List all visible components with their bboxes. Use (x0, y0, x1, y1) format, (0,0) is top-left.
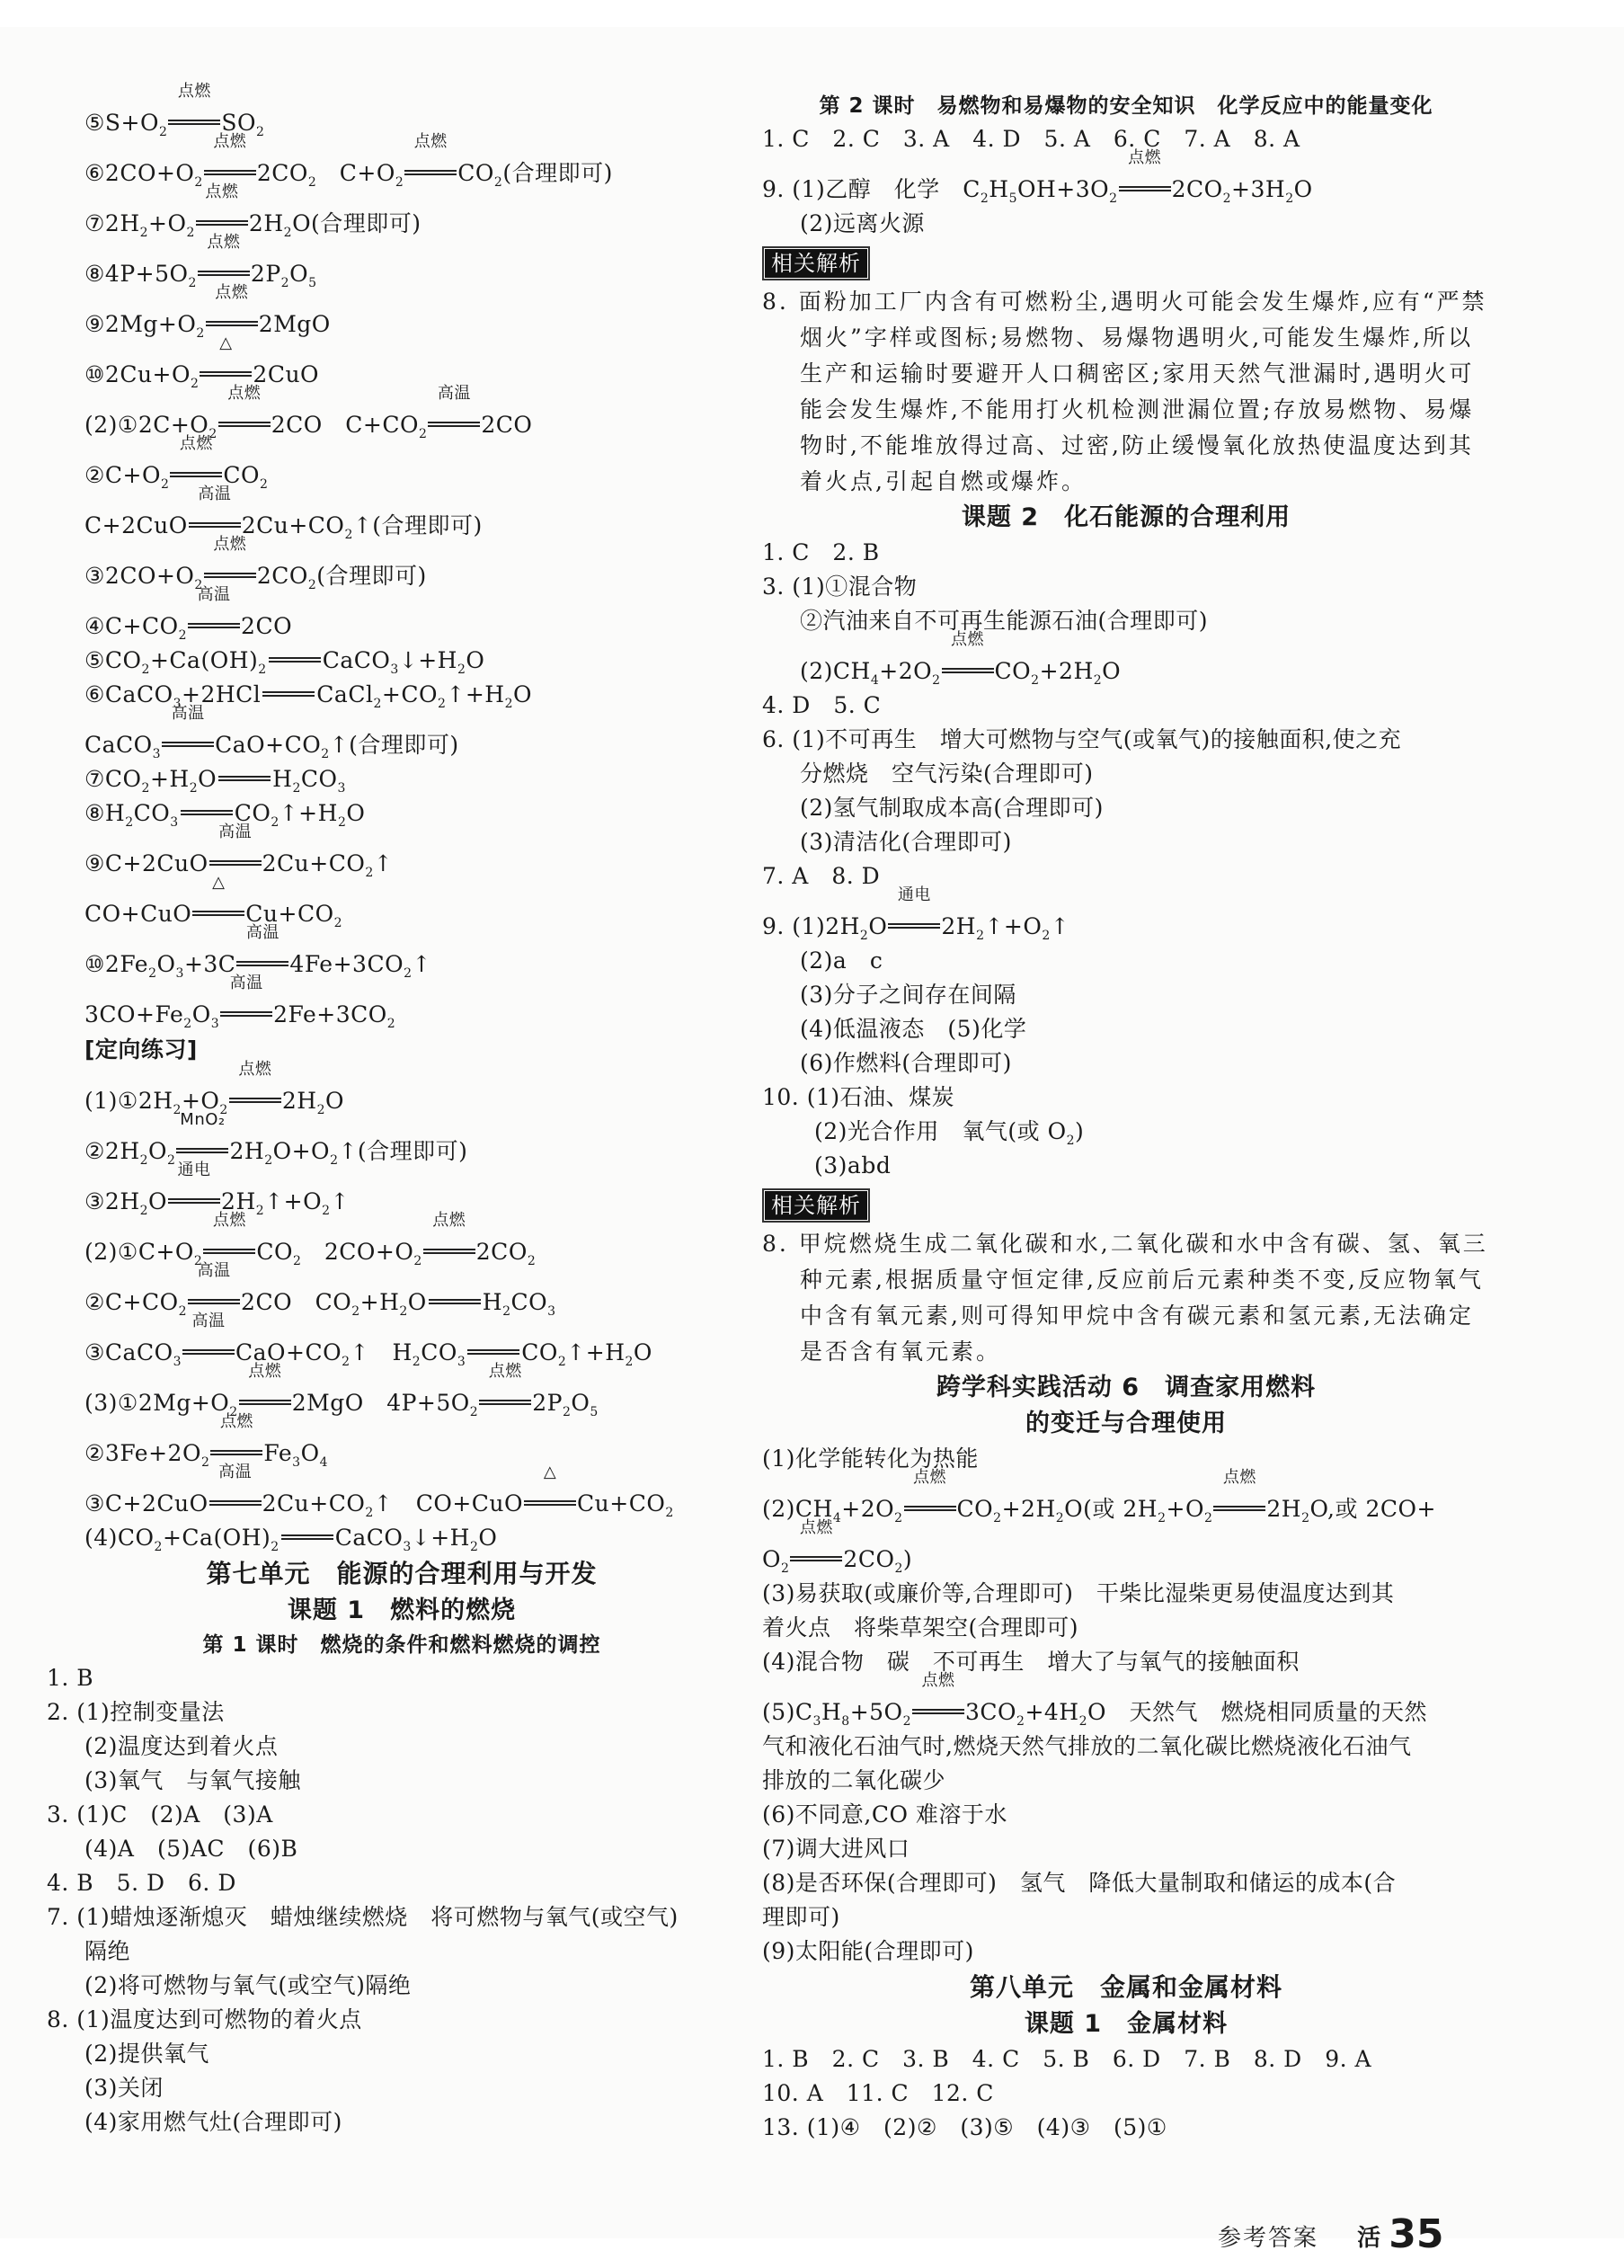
double-line-equals (181, 810, 233, 815)
formula-text: 2MgO 4P+5O (292, 1390, 470, 1416)
formula-text: 2CO CO (241, 1289, 351, 1315)
reaction-condition-label: 点燃 (423, 1212, 475, 1230)
formula-text: O (346, 800, 365, 826)
subscript: 2 (148, 966, 156, 981)
formula-text: (4)CO (84, 1525, 155, 1551)
reaction-condition-label: 点燃 (239, 1363, 291, 1381)
answer-line: (2)氢气制取成本高(合理即可) (762, 791, 1490, 825)
subscript: 2 (528, 1254, 536, 1268)
formula-text: ↑+H (446, 681, 504, 707)
double-line-equals (204, 573, 256, 578)
double-line-equals (467, 1349, 519, 1355)
formula-text: 2CO (257, 160, 308, 186)
subscript: 4 (871, 673, 879, 688)
subscript: 2 (781, 1561, 789, 1576)
formula-text: 9. (1)2H (762, 913, 860, 939)
formula-text: +3H (1231, 176, 1285, 202)
subscript: 2 (351, 1304, 359, 1319)
chemical-equation: 9. (1)乙醇 化学 C2H5OH+3O2点燃2CO2+3H2O (762, 173, 1490, 207)
chemical-equation: ③CaCO3高温CaO+CO2↑ H2CO3CO2↑+H2O (47, 1336, 757, 1370)
subscript: 2 (1067, 1134, 1075, 1148)
formula-text: O (513, 681, 532, 707)
equation-line: (2)光合作用 氧气(或 O2) (762, 1115, 1490, 1149)
formula-text: O (408, 1289, 427, 1315)
answer-line: 7. A 8. D (762, 859, 1490, 894)
subscript: 3 (170, 815, 178, 830)
formula-text: CO (957, 1496, 994, 1522)
formula-text: C+O (316, 160, 395, 186)
subscript: 2 (281, 276, 289, 290)
answer-line: (4)家用燃气灶(合理即可) (47, 2105, 757, 2139)
formula-text: O(或 2H (1064, 1496, 1158, 1522)
formula-text: O (148, 1138, 167, 1164)
subscript: 2 (502, 1304, 510, 1319)
subscript: 2 (256, 125, 264, 139)
subscript: 2 (395, 175, 404, 190)
double-line-equals (162, 742, 214, 747)
reaction-condition-equals: 点燃 (479, 1386, 531, 1420)
answer-line: 分燃烧 空气污染(合理即可) (762, 757, 1490, 791)
chemical-equation: ②C+O2点燃CO2 (47, 458, 757, 493)
formula-text: 3CO (965, 1699, 1016, 1725)
double-line-equals (888, 923, 940, 929)
formula-text: O (289, 261, 308, 287)
reaction-condition-equals: 点燃 (1213, 1492, 1265, 1526)
formula-text: 2CO (481, 412, 532, 438)
analysis-badge: 相关解析 (762, 1188, 870, 1223)
chemical-equation: (2)CH4+2O2点燃CO2+2H2O(或 2H2+O2点燃2H2O,或 2C… (762, 1492, 1490, 1526)
formula-text: ↓+H (412, 1525, 470, 1551)
formula-text: 3CO+Fe (84, 1001, 183, 1027)
formula-text: ③CaCO (84, 1339, 173, 1365)
subscript: 2 (981, 191, 989, 206)
answer-line: (2)将可燃物与氧气(或空气)隔绝 (47, 1969, 757, 2003)
subscript: 2 (321, 747, 329, 761)
subscript: 2 (457, 663, 466, 677)
formula-text: 2Cu+CO (262, 1490, 366, 1516)
subscript: 2 (1056, 1511, 1064, 1525)
reaction-condition-label: 点燃 (218, 385, 271, 403)
subscript: 2 (373, 697, 381, 711)
chemical-equation: ⑨C+2CuO高温2Cu+CO2↑ (47, 847, 757, 881)
double-line-equals (209, 1500, 262, 1506)
double-line-equals (196, 220, 248, 226)
subscript: 2 (563, 1405, 571, 1419)
formula-text: 2CuO (253, 361, 319, 387)
subscript: 2 (1031, 673, 1039, 688)
formula-text: O (1102, 658, 1121, 684)
subscript: 2 (413, 1355, 421, 1369)
chemical-equation: ⑦2H2+O2点燃2H2O(合理即可) (47, 207, 757, 241)
subscript: 2 (183, 1017, 191, 1031)
subscript: 2 (322, 1204, 330, 1218)
formula-text: O (198, 766, 217, 792)
reaction-condition-equals: 点燃 (404, 156, 457, 191)
double-line-equals (229, 1098, 281, 1103)
formula-text: CO (134, 800, 171, 826)
reaction-condition-label: 点燃 (210, 1413, 262, 1431)
reaction-condition-label: 点燃 (204, 536, 256, 554)
formula-text: O (571, 1390, 590, 1416)
subscript: 3 (403, 1540, 411, 1554)
formula-text: (2)①C+O (84, 1239, 194, 1265)
subscript: 3 (173, 1355, 182, 1369)
formula-text: ↑ (331, 1188, 350, 1214)
double-line-equals (428, 422, 480, 427)
chemical-equation: ③2CO+O2点燃2CO2(合理即可) (47, 559, 757, 593)
formula-text: ⑦CO (84, 766, 142, 792)
reaction-condition-label: 高温 (428, 385, 480, 403)
double-line-equals (176, 1148, 228, 1153)
subscript: 3 (813, 1714, 821, 1729)
reaction-condition-label: 点燃 (170, 435, 222, 453)
subscript: 2 (894, 1561, 902, 1576)
footer-label: 参考答案 (1218, 2225, 1318, 2252)
chemical-equation: ②3Fe+2O2点燃Fe3O4 (47, 1436, 757, 1471)
subscript: 8 (841, 1714, 849, 1729)
subscript: 2 (413, 1254, 422, 1268)
answer-line: 7. (1)蜡烛逐渐熄灭 蜡烛继续燃烧 将可燃物与氧气(或空气) (47, 1900, 757, 1934)
formula-text: CaCO (335, 1525, 404, 1551)
double-line-equals (204, 170, 256, 175)
formula-text: ↑+O (984, 913, 1042, 939)
subscript: 2 (334, 916, 342, 930)
answer-line: (2)a c (762, 944, 1490, 978)
formula-text: +H (150, 766, 190, 792)
formula-text: 2Cu+CO (262, 850, 366, 876)
double-line-equals (423, 1249, 475, 1254)
chemical-equation: ⑤S+O2点燃SO2 (47, 106, 757, 140)
subscript: 2 (558, 1355, 566, 1369)
formula-text: O (325, 1088, 344, 1114)
answer-line: (2)提供氧气 (47, 2037, 757, 2071)
reaction-condition-equals: 点燃 (423, 1235, 475, 1269)
subscript: 4 (320, 1455, 328, 1470)
formula-text: 2H (1266, 1496, 1301, 1522)
answer-line: 8. (1)温度达到可燃物的着火点 (47, 2003, 757, 2037)
double-line-equals (281, 1534, 333, 1540)
double-line-equals (404, 170, 457, 175)
reaction-condition-label: 通电 (168, 1161, 220, 1179)
chemical-equation: 3CO+Fe2O3高温2Fe+3CO2 (47, 998, 757, 1032)
subscript: 2 (365, 1506, 373, 1520)
formula-text: 2P (251, 261, 281, 287)
double-line-equals (203, 1249, 255, 1254)
subscript: 2 (317, 1103, 325, 1117)
answer-line: (3)易获取(或廉价等,合理即可) 干柴比湿柴更易使温度达到其 (762, 1577, 1490, 1611)
answer-line: (3)氧气 与氧气接触 (47, 1764, 757, 1798)
topic-heading: 课题 1 金属材料 (762, 2006, 1490, 2042)
equation-line: ⑥CaCO3+2HClCaCl2+CO2↑+H2O (47, 678, 757, 712)
subscript: 2 (256, 1204, 264, 1218)
formula-text: CO (995, 658, 1032, 684)
formula-text: (合理即可) (502, 160, 613, 186)
subscript: 2 (308, 578, 316, 592)
formula-text: ⑨C+2CuO (84, 850, 209, 876)
formula-text: (2)光合作用 氧气(或 O (814, 1118, 1067, 1144)
formula-text: O (762, 1546, 781, 1572)
formula-text: +2O (879, 658, 932, 684)
formula-text: O (192, 1001, 211, 1027)
chemical-equation: (3)①2Mg+O2点燃2MgO 4P+5O2点燃2P2O5 (47, 1386, 757, 1420)
subscript: 2 (1158, 1511, 1166, 1525)
subscript: 3 (457, 1355, 466, 1369)
topic-heading: 跨学科实践活动 6 调查家用燃料 (762, 1370, 1490, 1406)
formula-text: 2CO (1172, 176, 1223, 202)
double-line-equals (218, 776, 271, 781)
subscript: 2 (470, 1540, 478, 1554)
double-line-equals (200, 371, 252, 377)
formula-text: CaCl (316, 681, 373, 707)
subscript: 2 (191, 377, 199, 391)
formula-text: 2H (282, 1088, 317, 1114)
answer-line: 1. C 2. B (762, 536, 1490, 570)
subscript: 3 (211, 1017, 219, 1031)
formula-text: O (301, 1440, 320, 1466)
subscript: 2 (1204, 1511, 1212, 1525)
formula-text: ↑+O (264, 1188, 322, 1214)
reaction-condition-label: 点燃 (206, 284, 258, 302)
chemical-equation: ②2H2O2MnO₂2H2O+O2↑(合理即可) (47, 1134, 757, 1169)
chemical-equation: ③C+2CuO高温2Cu+CO2↑ CO+CuO△Cu+CO2 (47, 1487, 757, 1521)
formula-text: O (466, 647, 484, 673)
formula-text: +5O (850, 1699, 903, 1725)
subscript: 5 (308, 276, 316, 290)
equation-line: ⑦CO2+H2OH2CO3 (47, 762, 757, 796)
double-line-equals (210, 1450, 262, 1455)
reaction-condition-label: 高温 (209, 1463, 262, 1481)
double-line-equals (942, 668, 994, 673)
topic-heading: 的变迁与合理使用 (762, 1406, 1490, 1442)
answer-line: 4. B 5. D 6. D (47, 1866, 757, 1900)
reaction-condition-label: 高温 (209, 823, 262, 841)
answer-line: 10. (1)石油、煤炭 (762, 1081, 1490, 1115)
subscript: 2 (179, 628, 187, 643)
answer-line: (3)关闭 (47, 2071, 757, 2105)
subscript: 3 (547, 1304, 555, 1319)
formula-text: O(合理即可) (292, 210, 422, 236)
answer-line: 1. B 2. C 3. B 4. C 5. B 6. D 7. B 8. D … (762, 2042, 1490, 2077)
chemical-equation: ⑨2Mg+O2点燃2MgO (47, 307, 757, 342)
double-line-equals (188, 623, 240, 628)
reaction-condition-equals: 高温 (209, 1487, 262, 1521)
formula-text: +Ca(OH) (150, 647, 258, 673)
formula-text: CO+CuO (84, 901, 191, 927)
formula-text: ②C+CO (84, 1289, 179, 1315)
formula-text: +O (1167, 1496, 1204, 1522)
formula-text: 2H (249, 210, 284, 236)
formula-text: Cu+CO (577, 1490, 665, 1516)
reaction-condition-label: 点燃 (1119, 149, 1171, 167)
subscript: 2 (1079, 1714, 1087, 1729)
answer-line: (4)低温液态 (5)化学 (762, 1012, 1490, 1046)
formula-text: +3C (184, 951, 235, 977)
answer-line: 4. D 5. C (762, 689, 1490, 723)
subscript: 2 (338, 815, 346, 830)
formula-text: ↑+H (566, 1339, 625, 1365)
reaction-condition-label: MnO₂ (176, 1111, 228, 1129)
formula-text: ③2H (84, 1188, 140, 1214)
reaction-condition-equals: 高温 (182, 1336, 235, 1370)
unit-heading: 第七单元 能源的合理利用与开发 (47, 1555, 757, 1593)
chemical-equation: (5)C3H8+5O2点燃3CO2+4H2O 天然气 燃烧相同质量的天然 (762, 1695, 1490, 1730)
answer-line: (3)分子之间存在间隔 (762, 978, 1490, 1012)
reaction-condition-label: 高温 (182, 1312, 235, 1330)
formula-text: +4H (1025, 1699, 1078, 1725)
lesson-heading: 第 1 课时 燃烧的条件和燃料燃烧的调控 (47, 1629, 757, 1661)
formula-text: H (483, 1289, 502, 1315)
answer-line: 着火点 将柴草架空(合理即可) (762, 1611, 1490, 1645)
double-line-equals (904, 1506, 956, 1511)
subscript: 2 (159, 125, 167, 139)
reaction-condition-label: 高温 (220, 974, 272, 992)
reaction-condition-equals: 通电 (888, 910, 940, 944)
double-line-equals (1119, 186, 1171, 191)
reaction-condition-label: 高温 (189, 485, 241, 503)
reaction-condition-equals: 高温 (428, 408, 480, 442)
formula-text: CO (256, 1239, 293, 1265)
formula-text: +2H (1002, 1496, 1056, 1522)
formula-text: ⑨2Mg+O (84, 311, 196, 337)
chemical-equation: ③2H2O通电2H2↑+O2↑ (47, 1185, 757, 1219)
formula-text: ) (903, 1546, 912, 1572)
reaction-condition-label: 点燃 (479, 1363, 531, 1381)
formula-text: (2)CH (800, 658, 871, 684)
formula-text: 9. (1)乙醇 化学 C (762, 176, 981, 202)
page-number: 35 (1389, 2211, 1443, 2257)
subscript: 2 (344, 528, 352, 542)
formula-text: ⑧4P+5O (84, 261, 189, 287)
double-line-equals (236, 961, 288, 966)
answer-line: 隔绝 (47, 1934, 757, 1969)
formula-text: CO (421, 1339, 457, 1365)
reaction-condition-equals: 点燃 (904, 1492, 956, 1526)
reaction-condition-label: 点燃 (204, 133, 256, 151)
double-line-equals (479, 1400, 531, 1405)
formula-text: ③C+2CuO (84, 1490, 209, 1516)
formula-text: +H (360, 1289, 400, 1315)
answer-line: 气和液化石油气时,燃烧天然气排放的二氧化碳比燃烧液化石油气 (762, 1730, 1490, 1764)
formula-text: O (634, 1339, 652, 1365)
formula-text: ③2CO+O (84, 563, 194, 589)
subscript: 2 (342, 1355, 350, 1369)
formula-text: ↑ (374, 850, 393, 876)
subscript: 2 (140, 226, 148, 240)
formula-text: ⑩2Fe (84, 951, 148, 977)
formula-text: 4Fe+3CO (289, 951, 404, 977)
formula-text: O (1294, 176, 1313, 202)
chemical-equation: (2)①C+O2点燃CO2 2CO+O2点燃2CO2 (47, 1235, 757, 1269)
formula-text: 2H (229, 1138, 264, 1164)
subscript: 2 (860, 929, 868, 943)
reaction-condition-label: 点燃 (404, 133, 457, 151)
subscript: 2 (470, 1405, 478, 1419)
formula-text: 2CO (843, 1546, 894, 1572)
equation-line: ⑤CO2+Ca(OH)2CaCO3↓+H2O (47, 644, 757, 678)
formula-text: OH+3O (1017, 176, 1109, 202)
subscript: 2 (494, 175, 502, 190)
reaction-condition-label: 点燃 (203, 1212, 255, 1230)
formula-text: ⑤S+O (84, 110, 159, 136)
page-footer: 参考答案 活 35 (1218, 2211, 1443, 2257)
answer-line: 3. (1)C (2)A (3)A (47, 1798, 757, 1832)
reaction-condition-equals: 点燃 (912, 1695, 964, 1730)
reaction-condition-equals: 高温 (162, 728, 214, 762)
answer-line: (4)混合物 碳 不可再生 增大了与氧气的接触面积 (762, 1645, 1490, 1679)
practice-section-label: [定向练习] (47, 1032, 757, 1068)
answer-line: 3. (1)①混合物 (762, 570, 1490, 604)
formula-text: H (989, 176, 1008, 202)
formula-text: ⑤CO (84, 647, 142, 673)
formula-text: H (272, 766, 292, 792)
analysis-paragraph: 8. 甲烷燃烧生成二氧化碳和水,二氧化碳和水中含有碳、氢、氧三种元素,根据质量守… (762, 1226, 1490, 1370)
reaction-condition-label: 点燃 (168, 83, 220, 101)
answer-line: (3)清洁化(合理即可) (762, 825, 1490, 859)
answer-line: ②汽油来自不可再生能源石油(合理即可) (762, 604, 1490, 638)
formula-text: ④C+CO (84, 613, 179, 639)
chemical-equation: ⑥2CO+O2点燃2CO2 C+O2点燃CO2(合理即可) (47, 156, 757, 191)
subscript: 2 (993, 1511, 1001, 1525)
formula-text: CO (457, 160, 494, 186)
formula-text: ②C+O (84, 462, 161, 488)
double-line-equals (198, 271, 250, 276)
analysis-badge-row: 相关解析 (762, 1183, 1490, 1226)
formula-text: ↑+H (280, 800, 338, 826)
reaction-condition-label: △ (524, 1463, 576, 1481)
chemical-equation: ⑧4P+5O2点燃2P2O5 (47, 257, 757, 291)
double-line-equals (912, 1709, 964, 1714)
subscript: 2 (505, 697, 513, 711)
double-line-equals (170, 472, 222, 477)
formula-text: ⑥CaCO (84, 681, 173, 707)
reaction-condition-label: 高温 (188, 1262, 240, 1280)
formula-text: CO (301, 766, 338, 792)
formula-text: ⑧H (84, 800, 125, 826)
subscript: 2 (271, 1540, 279, 1554)
subscript: 5 (590, 1405, 598, 1419)
chemical-equation: (2)CH4+2O2点燃CO2+2H2O (762, 654, 1490, 689)
analysis-badge: 相关解析 (762, 246, 870, 280)
reaction-condition-label: 高温 (188, 586, 240, 604)
analysis-badge-label: 相关解析 (765, 249, 867, 278)
reaction-condition-equals: 点燃 (790, 1543, 842, 1577)
formula-text: +2H (1040, 658, 1094, 684)
subscript: 3 (390, 663, 398, 677)
chemical-equation: 9. (1)2H2O通电2H2↑+O2↑ (762, 910, 1490, 944)
topic-heading: 课题 2 化石能源的合理利用 (762, 500, 1490, 536)
double-line-equals (188, 1299, 240, 1304)
formula-text: +2O (841, 1496, 894, 1522)
reaction-condition-equals: △ (524, 1487, 576, 1521)
formula-text: ②2H (84, 1138, 140, 1164)
answer-line: 理即可) (762, 1900, 1490, 1934)
formula-text: H (821, 1699, 841, 1725)
chemical-equation: ②C+CO2高温2CO CO2+H2OH2CO3 (47, 1285, 757, 1320)
subscript: 2 (1285, 191, 1293, 206)
reaction-condition-label: 通电 (888, 886, 940, 904)
formula-text: CaCO (84, 732, 153, 758)
right-column: 第 2 课时 易燃物和易爆物的安全知识 化学反应中的能量变化1. C 2. C … (762, 90, 1490, 2145)
subscript: 5 (1009, 191, 1017, 206)
subscript: 2 (189, 276, 197, 290)
reaction-condition-label: △ (200, 334, 252, 352)
answer-line: (4)A (5)AC (6)B (47, 1832, 757, 1866)
double-line-equals (524, 1500, 576, 1506)
chemical-equation: (1)①2H2+O2点燃2H2O (47, 1084, 757, 1118)
analysis-badge-row: 相关解析 (762, 241, 1490, 284)
formula-text: +Ca(OH) (163, 1525, 271, 1551)
formula-text: 2CO (257, 563, 308, 589)
